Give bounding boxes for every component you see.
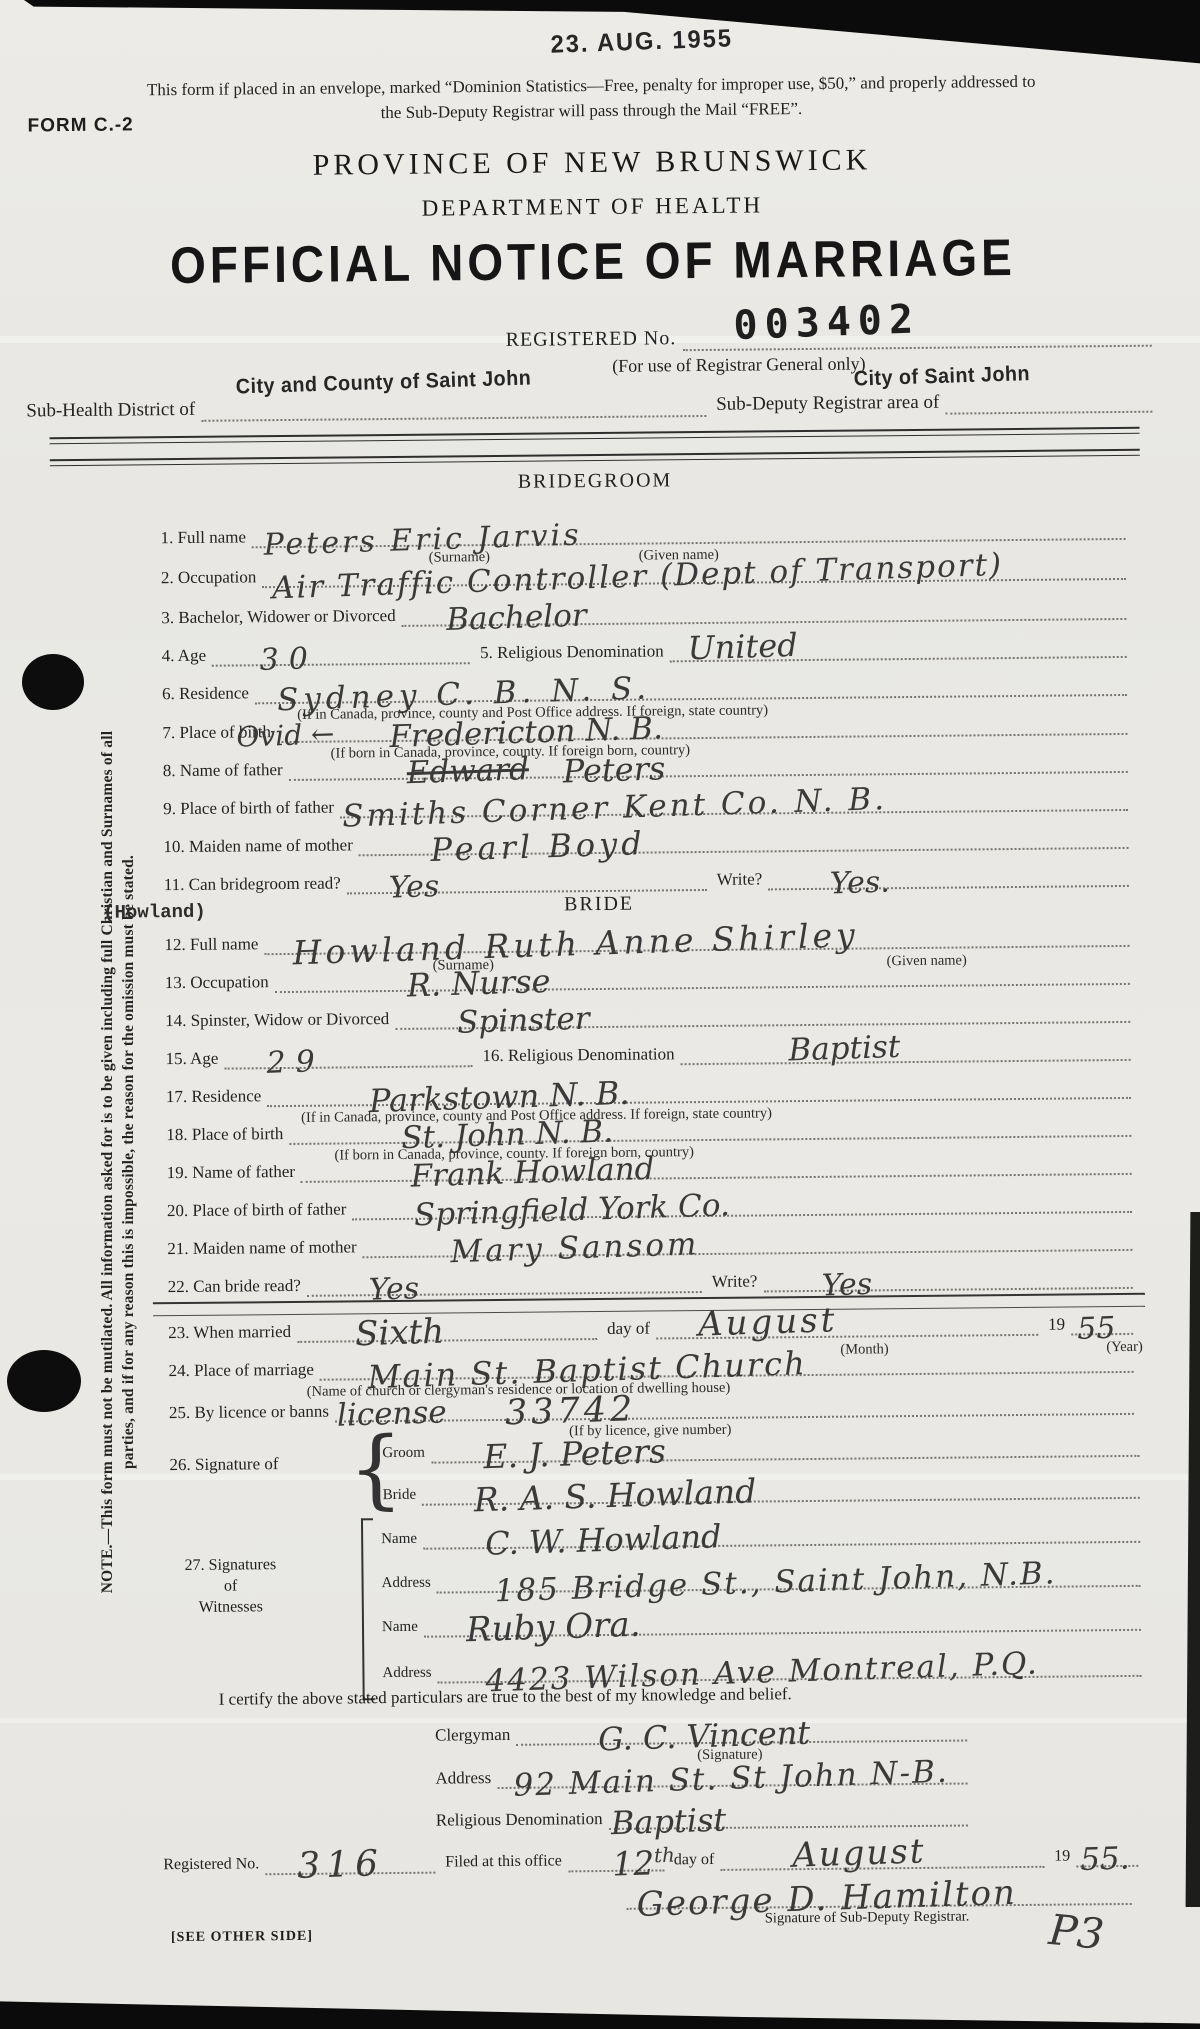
field-line: Frank Howland: [301, 1139, 1132, 1183]
field-line: Baptist: [680, 1025, 1130, 1065]
field-line: George D. Hamilton: [626, 1869, 1131, 1910]
field-label: 10. Maiden name of mother: [163, 836, 352, 858]
registered-no-row: REGISTERED No. 003402: [505, 311, 1151, 353]
bride-signature-row: Bride R. A. S. Howland: [383, 1465, 1140, 1506]
field-label: 4. Age: [162, 647, 207, 667]
day-suffix: th: [653, 1844, 674, 1868]
field-line: Yes: [763, 1253, 1133, 1293]
year-prefix: 19: [1048, 1316, 1065, 1336]
field-line: Main St. Baptist Church: [320, 1337, 1134, 1381]
field-line: Peters Eric Jarvis: [252, 504, 1126, 548]
field-label: 9. Place of birth of father: [163, 799, 334, 821]
field-label: 12. Full name: [164, 935, 258, 956]
field-label: 17. Residence: [166, 1087, 262, 1108]
field-label: 2. Occupation: [161, 568, 257, 589]
field-label: Write?: [717, 870, 763, 890]
registrar-only-note: (For use of Registrar General only): [589, 353, 889, 377]
witness2-name-row: Name Ruby Ora.: [382, 1597, 1141, 1638]
witness-address-label: Address: [382, 1576, 431, 1594]
field-label: 8. Name of father: [163, 761, 283, 782]
field-line: 29: [224, 1031, 472, 1069]
witnesses-label-line3: Witnesses: [166, 1597, 296, 1619]
field-line: St. John N. B.: [289, 1101, 1131, 1145]
field-line: G. C. Vincent: [516, 1706, 967, 1746]
field-line: license 33742: [335, 1379, 1134, 1423]
field-label: 23. When married: [168, 1323, 291, 1344]
form-content: 23. AUG. 1955 This form if placed in an …: [0, 0, 1200, 2029]
witnesses-bracket: [361, 1518, 375, 1700]
place-of-marriage-row: 24. Place of marriage Main St. Baptist C…: [168, 1339, 1133, 1382]
field-label: 11. Can bridegroom read?: [164, 874, 341, 896]
field-line: Smiths Corner Kent Co. N. B.: [340, 775, 1128, 819]
field-label: 21. Maiden name of mother: [167, 1238, 356, 1260]
registered-no-label: REGISTERED No.: [506, 328, 677, 353]
field-label: 19. Name of father: [167, 1163, 296, 1184]
handwritten-filed-month: August: [792, 1837, 926, 1872]
groom-full-name-row: 1. Full name Peters Eric Jarvis (Surname…: [160, 506, 1125, 549]
field-line: E. J. Peters: [431, 1421, 1140, 1464]
district-label: Sub-Health District of: [26, 400, 195, 424]
groom-signature-row: Groom E. J. Peters: [382, 1423, 1139, 1464]
field-line: 4423 Wilson Ave Montreal, P.Q.: [437, 1641, 1141, 1684]
bridegroom-section-title: BRIDEGROOM: [0, 464, 1195, 499]
field-label: 1. Full name: [160, 528, 246, 549]
field-label: 16. Religious Denomination: [482, 1045, 674, 1067]
field-line: Ruby Ora.: [424, 1595, 1141, 1638]
sub-deputy-caption: Signature of Sub-Deputy Registrar.: [765, 1908, 970, 1927]
field-line: Howland Ruth Anne Shirley: [264, 911, 1129, 955]
field-line: Sydney C. B. N. S.: [255, 660, 1127, 704]
department-heading: DEPARTMENT OF HEALTH: [0, 188, 1192, 226]
witness1-address-row: Address 185 Bridge St., Saint John, N.B.: [381, 1553, 1140, 1594]
clergyman-denomination-row: Religious Denomination Baptist: [436, 1793, 968, 1832]
handwritten-insertion: Ovid ←: [236, 721, 335, 749]
handwritten-value: August: [698, 1306, 838, 1341]
field-label: 15. Age: [165, 1050, 218, 1071]
clergyman-address-label: Address: [435, 1769, 491, 1790]
day-of-label: day of: [674, 1852, 715, 1871]
witness2-address-row: Address 4423 Wilson Ave Montreal, P.Q.: [382, 1643, 1141, 1684]
field-label: 13. Occupation: [165, 973, 269, 994]
field-label: 6. Residence: [162, 684, 249, 705]
handwritten-registered-no: 316: [297, 1848, 385, 1883]
handwritten-page-mark: P3: [1047, 1911, 1105, 1954]
field-line: Bachelor: [401, 584, 1126, 627]
field-label: 22. Can bride read?: [168, 1277, 301, 1298]
field-line: Mary Sansom: [362, 1215, 1132, 1258]
denomination-label: Religious Denomination: [436, 1810, 603, 1832]
witnesses-label-line2: of: [166, 1576, 296, 1598]
bride-read-write-row: 22. Can bride read? Yes Write? Yes: [168, 1255, 1133, 1298]
field-line: Air Traffic Controller (Dept of Transpor…: [262, 544, 1126, 588]
certification-statement: I certify the above stated particulars a…: [219, 1684, 792, 1710]
signature-of-label: 26. Signature of: [169, 1455, 278, 1476]
date-received-stamp: 23. AUG. 1955: [550, 24, 733, 60]
field-line: Parkstown N. B.: [267, 1063, 1131, 1107]
field-line: 55: [1071, 1299, 1133, 1336]
year-prefix: 19: [1054, 1849, 1070, 1868]
clergyman-signature-row: Clergyman G. C. Vincent (Signature): [435, 1708, 967, 1747]
field-line: Yes: [307, 1257, 702, 1297]
divider-double-rule: [50, 427, 1140, 444]
field-line: August: [656, 1300, 1038, 1340]
handwritten-value: United: [687, 631, 798, 663]
clergyman-address-row: Address 92 Main St. St John N-B.: [435, 1751, 967, 1790]
field-label: 5. Religious Denomination: [480, 642, 664, 664]
field-label: Write?: [712, 1273, 758, 1293]
area-label: Sub-Deputy Registrar area of: [716, 393, 939, 417]
see-other-side-note: [SEE OTHER SIDE]: [171, 1929, 313, 1946]
groom-signature-label: Groom: [382, 1446, 425, 1464]
field-line: Yes: [347, 855, 707, 894]
day-of-label: day of: [607, 1320, 650, 1340]
field-label: 20. Place of birth of father: [167, 1200, 347, 1222]
field-label: 3. Bachelor, Widower or Divorced: [161, 607, 396, 629]
witness-name-label: Name: [382, 1620, 418, 1638]
field-line: R. Nurse: [274, 949, 1129, 993]
field-line: Fredericton N. B.: [277, 699, 1128, 743]
field-line: 12th: [568, 1835, 664, 1872]
field-line: 316: [265, 1838, 435, 1876]
scanned-marriage-notice: NOTE.—This form must not be mutilated. A…: [0, 0, 1200, 2029]
bride-surname-annotation: (Howland): [103, 901, 206, 924]
handwritten-witness-name: Ruby Ora.: [465, 1610, 640, 1646]
form-number: FORM C.-2: [27, 114, 133, 137]
witnesses-label-line1: 27. Signatures: [165, 1555, 295, 1577]
witness1-name-row: Name C. W. Howland: [381, 1509, 1140, 1550]
field-label: 24. Place of marriage: [168, 1361, 314, 1382]
handwritten-value: Baptist: [788, 1034, 901, 1065]
groom-residence-row: 6. Residence Sydney C. B. N. S. (If in C…: [162, 662, 1127, 705]
province-heading: PROVINCE OF NEW BRUNSWICK: [0, 140, 1192, 186]
field-line: Springfield York Co.: [352, 1177, 1132, 1220]
registered-no-label: Registered No.: [163, 1856, 259, 1876]
field-line: 55.: [1076, 1831, 1138, 1868]
witness-address-label: Address: [382, 1666, 431, 1684]
bride-signature-label: Bride: [383, 1488, 416, 1506]
field-label: 18. Place of birth: [166, 1125, 283, 1146]
divider-double-rule: [50, 449, 1140, 466]
field-line: Edward Peters: [288, 737, 1127, 781]
handwritten-witness-name: C. W. Howland: [485, 1522, 722, 1558]
district-row: Sub-Health District of Sub-Deputy Regist…: [26, 381, 1152, 424]
field-line: Pearl Boyd: [359, 813, 1129, 856]
field-line: United: [669, 622, 1126, 662]
field-line: August: [720, 1832, 1044, 1871]
witness-name-label: Name: [381, 1532, 417, 1550]
field-line: 92 Main St. St John N-B.: [497, 1749, 968, 1790]
field-line: Spinster: [395, 987, 1130, 1030]
handwritten-signature: R. A. S. Howland: [474, 1477, 757, 1516]
handwritten-denomination: Baptist: [610, 1806, 726, 1839]
field-label: 25. By licence or banns: [169, 1403, 329, 1425]
sub-deputy-signature-row: George D. Hamilton: [626, 1871, 1131, 1910]
groom-occupation-row: 2. Occupation Air Traffic Controller (De…: [161, 546, 1126, 589]
field-line: Yes.: [768, 851, 1129, 890]
field-line: R. A. S. Howland: [422, 1463, 1140, 1506]
field-line: Baptist: [608, 1791, 968, 1830]
field-label: 14. Spinster, Widow or Divorced: [165, 1010, 389, 1032]
witnesses-label: 27. Signatures of Witnesses: [165, 1555, 296, 1619]
field-line: Sixth: [297, 1304, 597, 1343]
field-line: 30: [212, 628, 470, 666]
registered-no-stamp: 003402: [733, 296, 921, 349]
clergyman-label: Clergyman: [435, 1726, 510, 1747]
field-line: C. W. Howland: [423, 1507, 1140, 1550]
filed-label: Filed at this office: [445, 1853, 562, 1873]
field-line: 185 Bridge St., Saint John, N.B.: [437, 1551, 1141, 1594]
mail-notice-line2: the Sub-Deputy Registrar will pass throu…: [21, 96, 1161, 127]
document-title: OFFICIAL NOTICE OF MARRIAGE: [0, 225, 1193, 297]
